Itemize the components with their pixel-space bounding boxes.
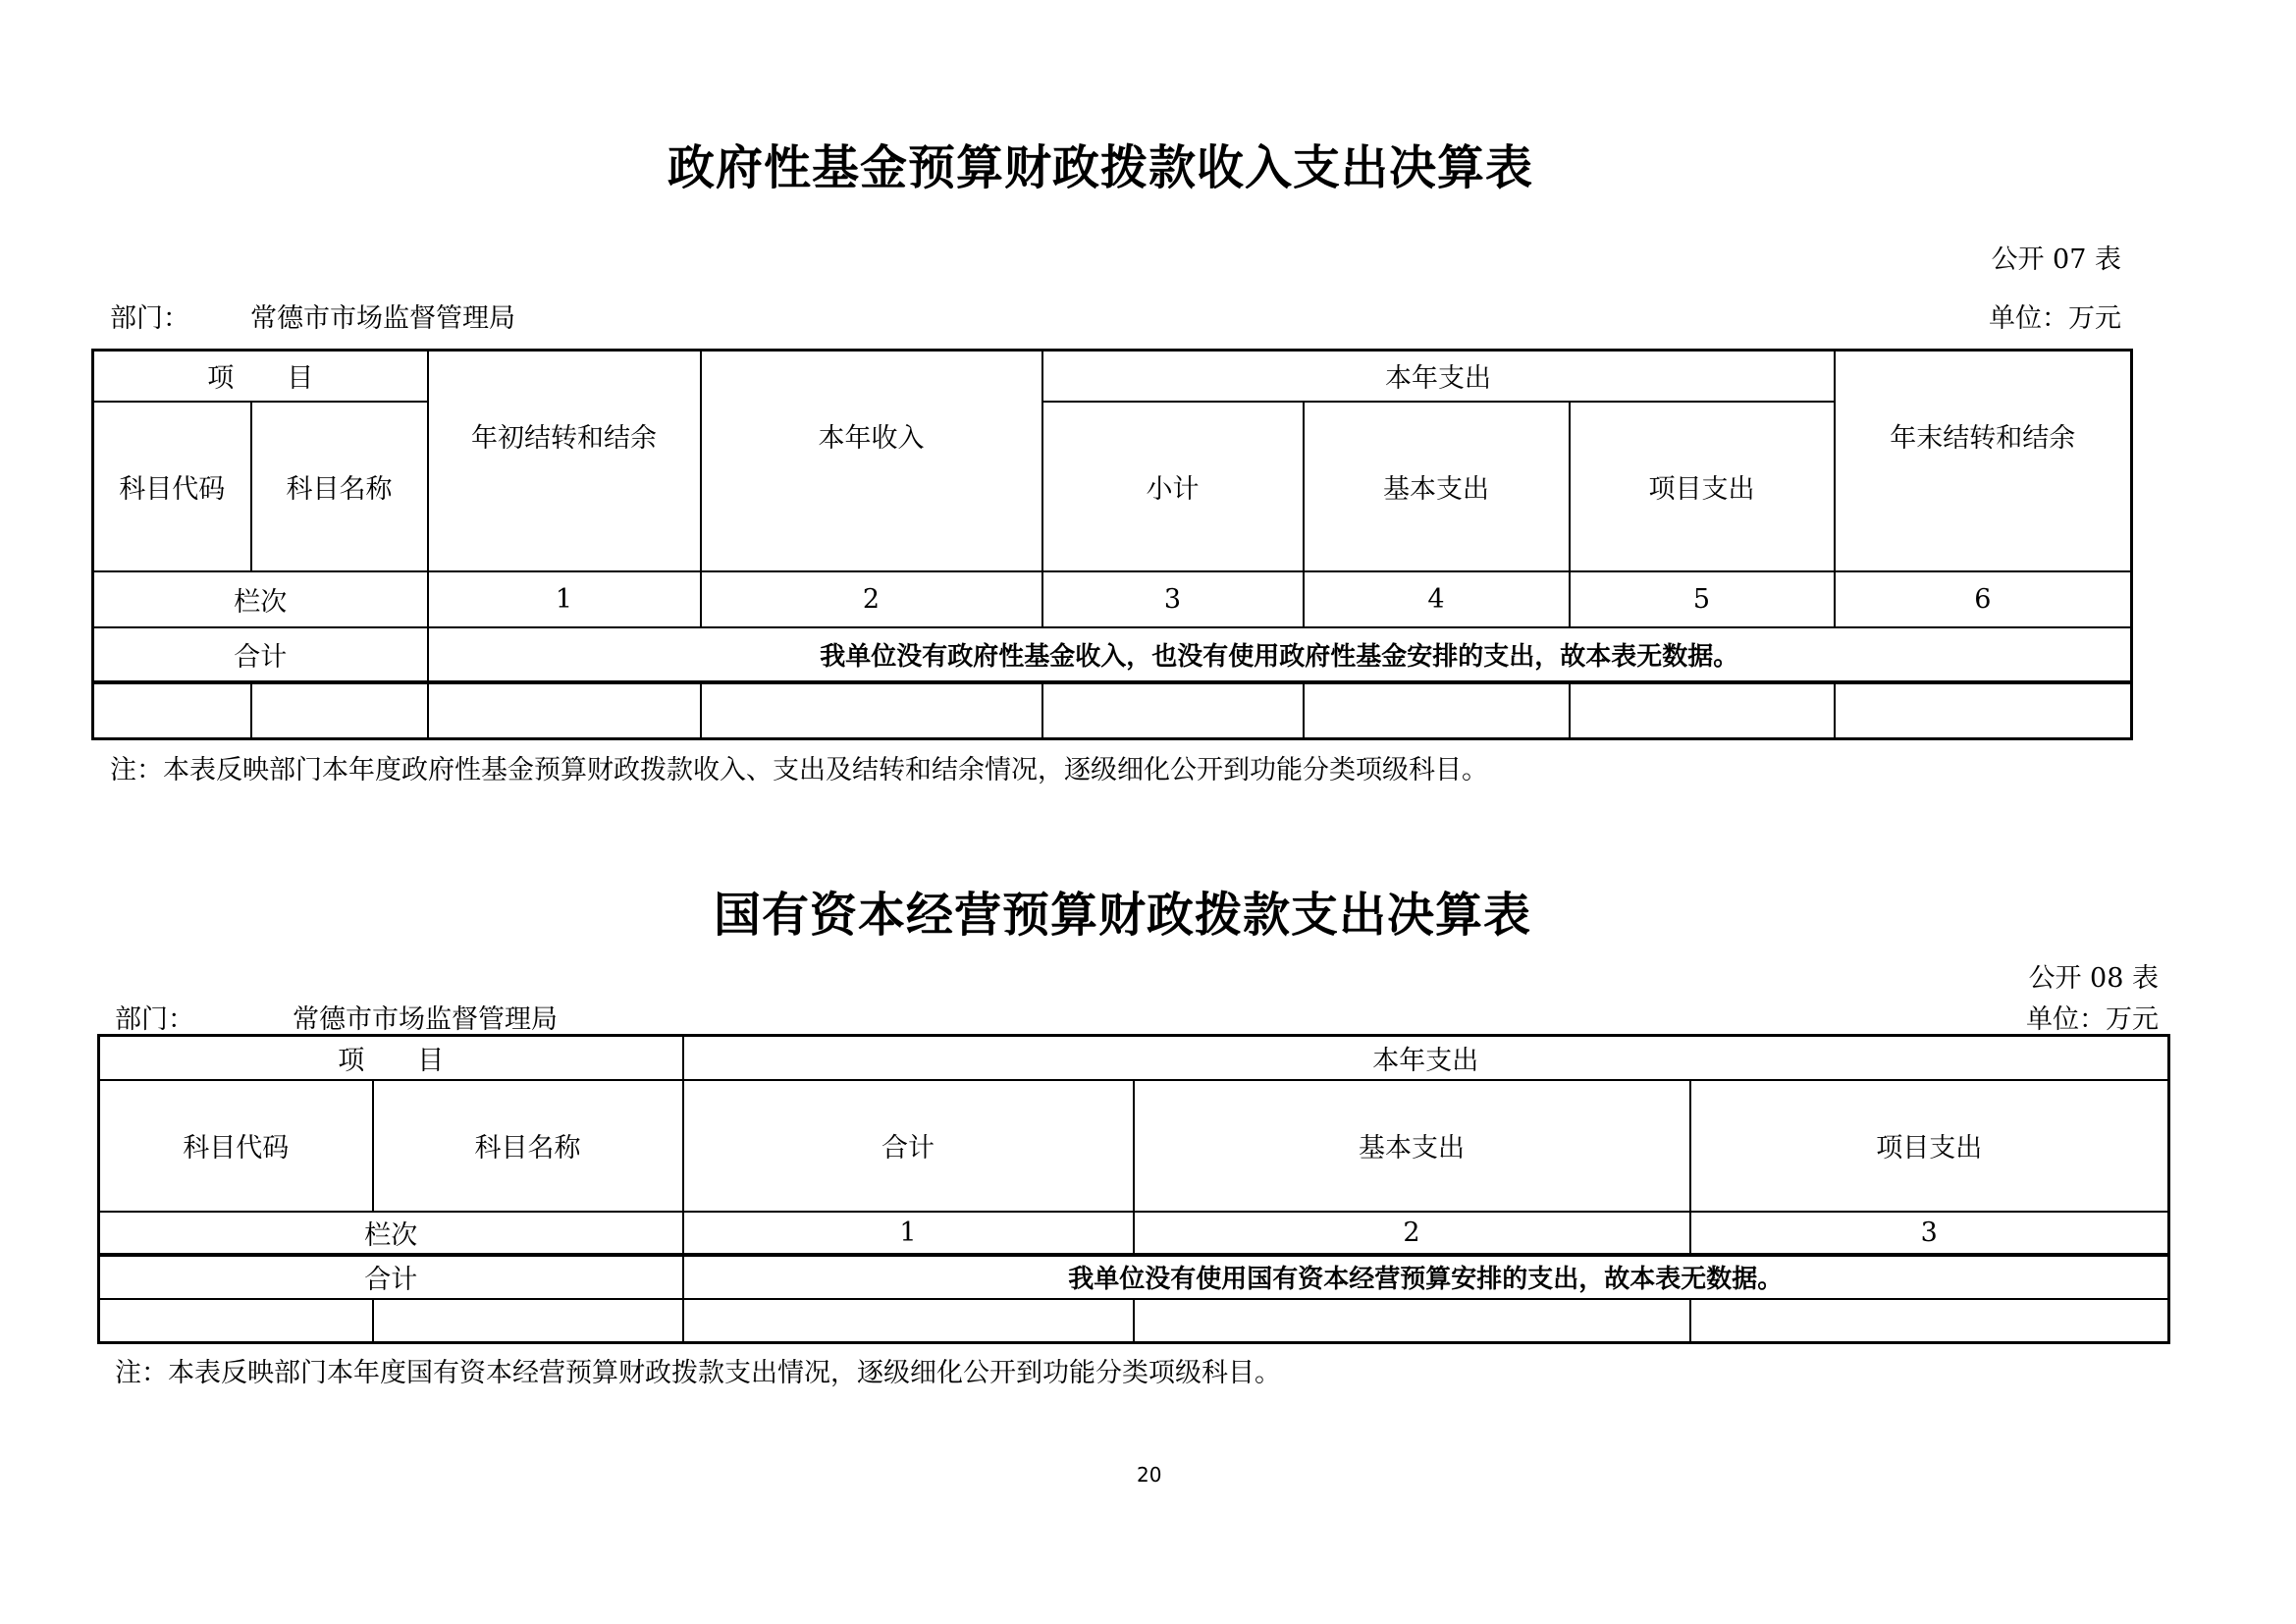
column-number-label: 栏次 bbox=[93, 571, 428, 627]
table08: 项 目 本年支出 科目代码 科目名称 合计 基本支出 项目支出 栏次 1 2 3… bbox=[97, 1034, 2170, 1344]
header-subject-code: 科目代码 bbox=[93, 402, 251, 571]
header-project-expense: 项目支出 bbox=[1690, 1080, 2169, 1212]
empty-cell bbox=[1835, 682, 2132, 739]
table08-title: 国有资本经营预算财政拨款支出决算表 bbox=[714, 877, 1531, 945]
header-subject-name: 科目名称 bbox=[251, 402, 428, 571]
empty-cell bbox=[1134, 1299, 1690, 1343]
header-total: 合计 bbox=[683, 1080, 1134, 1212]
empty-cell bbox=[93, 682, 251, 739]
header-begin-balance: 年初结转和结余 bbox=[428, 351, 701, 571]
empty-cell bbox=[428, 682, 701, 739]
header-current-income: 本年收入 bbox=[701, 351, 1042, 571]
table08-dept-label: 部门： bbox=[115, 998, 194, 1036]
header-current-expense: 本年支出 bbox=[683, 1036, 2169, 1080]
header-item: 项 目 bbox=[99, 1036, 683, 1080]
header-subtotal: 小计 bbox=[1042, 402, 1304, 571]
column-number: 1 bbox=[683, 1212, 1134, 1255]
column-number-row: 栏次 1 2 3 4 5 6 bbox=[93, 571, 2132, 627]
header-item: 项 目 bbox=[93, 351, 428, 402]
column-number-row: 栏次 1 2 3 bbox=[99, 1212, 2169, 1255]
header-current-expense: 本年支出 bbox=[1042, 351, 1835, 402]
column-number-label: 栏次 bbox=[99, 1212, 683, 1255]
empty-cell bbox=[1690, 1299, 2169, 1343]
column-number: 5 bbox=[1570, 571, 1835, 627]
table07-note: 注：本表反映部门本年度政府性基金预算财政拨款收入、支出及结转和结余情况，逐级细化… bbox=[110, 748, 1488, 786]
column-number: 2 bbox=[1134, 1212, 1690, 1255]
table07-title: 政府性基金预算财政拨款收入支出决算表 bbox=[667, 130, 1533, 197]
column-number: 3 bbox=[1690, 1212, 2169, 1255]
column-number: 3 bbox=[1042, 571, 1304, 627]
table07-dept-label: 部门： bbox=[110, 297, 189, 335]
empty-cell bbox=[1570, 682, 1835, 739]
empty-cell bbox=[701, 682, 1042, 739]
table08-dept-name: 常德市市场监督管理局 bbox=[293, 998, 558, 1036]
page-number: 20 bbox=[1137, 1463, 1161, 1487]
column-number: 6 bbox=[1835, 571, 2132, 627]
total-label: 合计 bbox=[93, 627, 428, 682]
header-end-balance: 年末结转和结余 bbox=[1835, 351, 2132, 571]
empty-row bbox=[99, 1299, 2169, 1343]
no-data-message: 我单位没有政府性基金收入，也没有使用政府性基金安排的支出，故本表无数据。 bbox=[428, 627, 2132, 682]
table08-note: 注：本表反映部门本年度国有资本经营预算财政拨款支出情况，逐级细化公开到功能分类项… bbox=[115, 1351, 1281, 1389]
table07-code: 公开 07 表 bbox=[1991, 238, 2121, 276]
table08-code: 公开 08 表 bbox=[2028, 956, 2159, 995]
empty-cell bbox=[251, 682, 428, 739]
no-data-message: 我单位没有使用国有资本经营预算安排的支出，故本表无数据。 bbox=[683, 1255, 2169, 1299]
column-number: 2 bbox=[701, 571, 1042, 627]
empty-cell bbox=[99, 1299, 373, 1343]
empty-cell bbox=[1042, 682, 1304, 739]
column-number: 1 bbox=[428, 571, 701, 627]
header-subject-code: 科目代码 bbox=[99, 1080, 373, 1212]
header-subject-name: 科目名称 bbox=[373, 1080, 683, 1212]
header-project-expense: 项目支出 bbox=[1570, 402, 1835, 571]
header-basic-expense: 基本支出 bbox=[1134, 1080, 1690, 1212]
column-number: 4 bbox=[1304, 571, 1570, 627]
total-label: 合计 bbox=[99, 1255, 683, 1299]
empty-cell bbox=[373, 1299, 683, 1343]
table07: 项 目 年初结转和结余 本年收入 本年支出 年末结转和结余 科目代码 科目名称 … bbox=[91, 349, 2133, 740]
empty-cell bbox=[683, 1299, 1134, 1343]
empty-row bbox=[93, 682, 2132, 739]
table07-unit: 单位：万元 bbox=[1989, 297, 2121, 335]
header-basic-expense: 基本支出 bbox=[1304, 402, 1570, 571]
total-row: 合计 我单位没有使用国有资本经营预算安排的支出，故本表无数据。 bbox=[99, 1255, 2169, 1299]
table08-unit: 单位：万元 bbox=[2026, 998, 2159, 1036]
empty-cell bbox=[1304, 682, 1570, 739]
table07-dept-name: 常德市市场监督管理局 bbox=[250, 297, 515, 335]
total-row: 合计 我单位没有政府性基金收入，也没有使用政府性基金安排的支出，故本表无数据。 bbox=[93, 627, 2132, 682]
